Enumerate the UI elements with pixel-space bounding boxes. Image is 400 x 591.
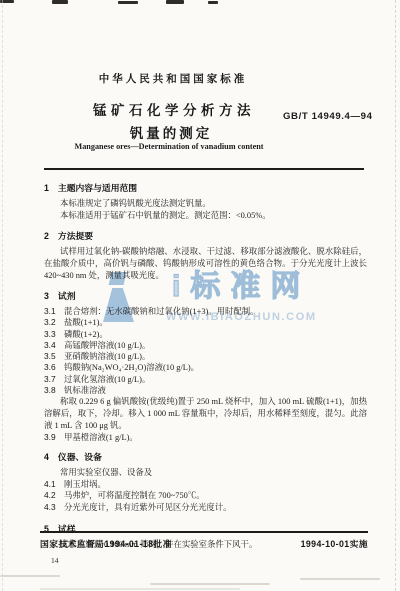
section-1-title: 主题内容与适用范围 [58, 183, 137, 193]
scan-artifact [118, 1, 138, 4]
item-text: 混合熔剂：无水碳酸钠和过氧化钠(1+3)。用时配制。 [64, 306, 367, 317]
item-number: 4.2 [44, 490, 64, 501]
item-number: 4.1 [44, 479, 64, 490]
reagent-item: 3.9甲基橙溶液(1 g/L)。 [44, 432, 367, 443]
item-number: 3.7 [44, 374, 64, 385]
item-number: 3.4 [44, 340, 64, 351]
item-number: 3.8 [44, 385, 64, 396]
section-2-heading: 2方法提要 [44, 230, 367, 242]
section-3-heading: 3试剂 [44, 290, 367, 302]
item-text: 亚硝酸钠溶液(10 g/L)。 [64, 351, 367, 362]
item-number: 3.9 [44, 432, 64, 443]
document-body: 1主题内容与适用范围 本标准规定了磷钨钒酸光度法测定钒量。 本标准适用于锰矿石中… [44, 180, 367, 551]
scan-artifact [208, 1, 218, 4]
document-title-line2: 钒量的测定 [0, 122, 342, 142]
item-text: 钒标准溶液 [64, 385, 367, 396]
section-4-heading: 4仪器、设备 [44, 451, 367, 463]
footer-divider [40, 531, 368, 533]
header-divider [44, 168, 364, 170]
item-number: 3.2 [44, 317, 64, 328]
reagent-item: 3.7过氧化氢溶液(10 g/L)。 [44, 374, 367, 385]
implementation-text: 1994-10-01实施 [301, 537, 368, 550]
section-1-paragraph: 本标准规定了磷钨钒酸光度法测定钒量。 [44, 198, 367, 210]
section-4-title: 仪器、设备 [58, 452, 102, 462]
scan-artifact [166, 0, 184, 4]
approval-text: 国家技术监督局1994-01-18批准 [40, 537, 172, 550]
item-text: 刚玉坩埚。 [64, 479, 367, 490]
reagent-item: 3.3磷酸(1+2)。 [44, 329, 367, 340]
reagent-item: 3.1混合熔剂：无水碳酸钠和过氧化钠(1+3)。用时配制。 [44, 306, 367, 317]
scan-artifact [52, 0, 68, 4]
section-1-number: 1 [44, 183, 49, 193]
item-text: 过氧化氢溶液(10 g/L)。 [64, 374, 367, 385]
item-number: 3.5 [44, 351, 64, 362]
item-text: 分光光度计，具有近紫外可见区分光光度计。 [64, 502, 367, 513]
vanadium-standard-solution-detail: 称取 0.229 6 g 偏钒酸铵(优级纯)置于 250 mL 烧杯中，加入 1… [44, 396, 367, 431]
section-1-heading: 1主题内容与适用范围 [44, 182, 367, 194]
section-3-number: 3 [44, 291, 49, 301]
reagent-item: 3.8钒标准溶液 [44, 385, 367, 396]
section-4-number: 4 [44, 452, 49, 462]
standard-document-page: i标准网 WWW.iBIAOZHUN.COM 中华人民共和国国家标准 锰矿石化学… [0, 0, 400, 591]
scan-streak [0, 575, 60, 577]
item-text: 甲基橙溶液(1 g/L)。 [64, 432, 367, 443]
page-number: 14 [51, 556, 59, 565]
reagent-item: 3.4高锰酸钾溶液(10 g/L)。 [44, 340, 367, 351]
equipment-item: 4.2马弗炉，可将温度控制在 700~750℃。 [44, 490, 367, 501]
standard-number: GB/T 14949.4—94 [283, 111, 373, 122]
item-text: 高锰酸钾溶液(10 g/L)。 [64, 340, 367, 351]
section-5-heading: 5试样 [44, 523, 367, 535]
scan-streak [40, 588, 240, 590]
item-text: 钨酸钠(Na₂WO₄·2H₂O)溶液(10 g/L)。 [64, 362, 367, 373]
national-standard-label: 中华人民共和国国家标准 [0, 71, 346, 86]
scan-streak [300, 578, 380, 580]
item-number: 3.3 [44, 329, 64, 340]
section-2-title: 方法提要 [58, 231, 93, 241]
section-3-title: 试剂 [58, 291, 76, 301]
item-number: 4.3 [44, 502, 64, 513]
scan-edge-line [2, 0, 3, 591]
section-2-number: 2 [44, 231, 49, 241]
reagent-item: 3.6钨酸钠(Na₂WO₄·2H₂O)溶液(10 g/L)。 [44, 362, 367, 373]
reagent-item: 3.2盐酸(1+1)。 [44, 317, 367, 328]
scan-edge-line [395, 0, 396, 591]
item-number: 3.1 [44, 306, 64, 317]
equipment-item: 4.1刚玉坩埚。 [44, 479, 367, 490]
reagent-item: 3.5亚硝酸钠溶液(10 g/L)。 [44, 351, 367, 362]
item-number: 3.6 [44, 362, 64, 373]
section-4-paragraph: 常用实验室仪器、设备及 [44, 467, 367, 479]
equipment-item: 4.3分光光度计，具有近紫外可见区分光光度计。 [44, 502, 367, 513]
item-text: 盐酸(1+1)。 [64, 317, 367, 328]
section-1-paragraph: 本标准适用于锰矿石中钒量的测定。测定范围：<0.05%。 [44, 210, 367, 222]
english-title: Manganese ores—Determination of vanadium… [0, 142, 338, 151]
item-text: 马弗炉，可将温度控制在 700~750℃。 [64, 490, 367, 501]
section-2-paragraph: 试样用过氧化钠-碳酸钠熔融、水浸取、干过滤、移取部分滤液酸化、脱水除硅后，在盐酸… [44, 246, 367, 282]
item-text: 磷酸(1+2)。 [64, 329, 367, 340]
scan-streak [150, 583, 270, 585]
